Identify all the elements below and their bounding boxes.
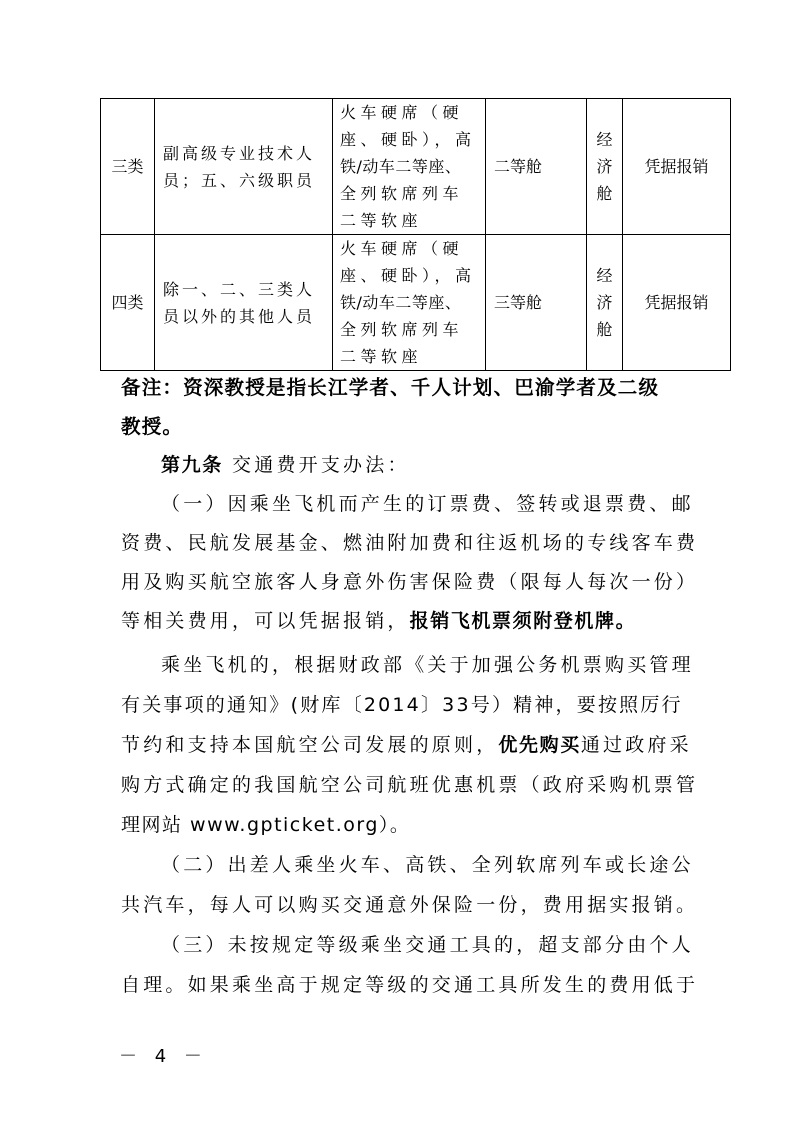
article-number: 第九条 bbox=[161, 454, 223, 476]
document-page: 三类 副高级专业技术人 员；五、六级职员 火车硬席（硬 座、硬卧），高 铁/动车… bbox=[0, 0, 794, 1123]
paragraph-line: （三）未按规定等级乘坐交通工具的，超支部分由个人 bbox=[121, 926, 721, 965]
paragraph-line: 共汽车，每人可以购买交通意外保险一份，费用据实报销。 bbox=[121, 886, 681, 925]
paragraph-line: 用及购买航空旅客人身意外伤害保险费（限每人每次一份） bbox=[121, 563, 681, 602]
emphasis-text: 报销飞机票须附登机牌。 bbox=[410, 610, 637, 632]
paragraph-line: 购方式确定的我国航空公司航班优惠机票（政府采购机票管 bbox=[121, 766, 681, 805]
other-transport-cell: 凭据报销 bbox=[623, 99, 731, 235]
table-row: 三类 副高级专业技术人 员；五、六级职员 火车硬席（硬 座、硬卧），高 铁/动车… bbox=[101, 99, 731, 235]
paragraph-line: 自理。如果乘坐高于规定等级的交通工具所发生的费用低于 bbox=[121, 966, 681, 1005]
category-cell: 四类 bbox=[101, 235, 155, 371]
paragraph-line: 理网站 www.gpticket.org）。 bbox=[121, 806, 681, 845]
ship-class-cell: 二等舱 bbox=[486, 99, 587, 235]
paragraph-line: 有关事项的通知》(财库〔2014〕33号）精神，要按照厉行 bbox=[121, 686, 681, 725]
train-class-cell: 火车硬席（硬 座、硬卧），高 铁/动车二等座、 全列软席列车 二等软座 bbox=[333, 99, 486, 235]
category-cell: 三类 bbox=[101, 99, 155, 235]
article-title: 交通费开支办法： bbox=[223, 454, 410, 476]
emphasis-text: 优先购买 bbox=[498, 734, 580, 756]
plane-class-cell: 经 济 舱 bbox=[587, 235, 623, 371]
paragraph-line: （二）出差人乘坐火车、高铁、全列软席列车或长途公 bbox=[121, 846, 721, 885]
ship-class-cell: 三等舱 bbox=[486, 235, 587, 371]
page-number: － 4 － bbox=[119, 1042, 208, 1068]
article-heading: 第九条 交通费开支办法： bbox=[121, 446, 721, 485]
travel-standards-table: 三类 副高级专业技术人 员；五、六级职员 火车硬席（硬 座、硬卧），高 铁/动车… bbox=[100, 98, 731, 371]
table-row: 四类 除一、二、三类人 员以外的其他人员 火车硬席（硬 座、硬卧），高 铁/动车… bbox=[101, 235, 731, 371]
paragraph-line: 资费、民航发展基金、燃油附加费和往返机场的专线客车费 bbox=[121, 524, 681, 563]
plane-class-cell: 经 济 舱 bbox=[587, 99, 623, 235]
personnel-cell: 除一、二、三类人 员以外的其他人员 bbox=[155, 235, 333, 371]
personnel-cell: 副高级专业技术人 员；五、六级职员 bbox=[155, 99, 333, 235]
paragraph-line: 等相关费用，可以凭据报销，报销飞机票须附登机牌。 bbox=[121, 602, 681, 641]
note-line: 教授。 bbox=[121, 407, 681, 446]
paragraph-line: （一）因乘坐飞机而产生的订票费、签转或退票费、邮 bbox=[121, 485, 721, 524]
paragraph-line: 节约和支持本国航空公司发展的原则，优先购买通过政府采 bbox=[121, 726, 681, 765]
note-line: 备注：资深教授是指长江学者、千人计划、巴渝学者及二级 bbox=[121, 368, 681, 407]
other-transport-cell: 凭据报销 bbox=[623, 235, 731, 371]
train-class-cell: 火车硬席（硬 座、硬卧），高 铁/动车二等座、 全列软席列车 二等软座 bbox=[333, 235, 486, 371]
paragraph-line: 乘坐飞机的，根据财政部《关于加强公务机票购买管理 bbox=[121, 646, 721, 685]
